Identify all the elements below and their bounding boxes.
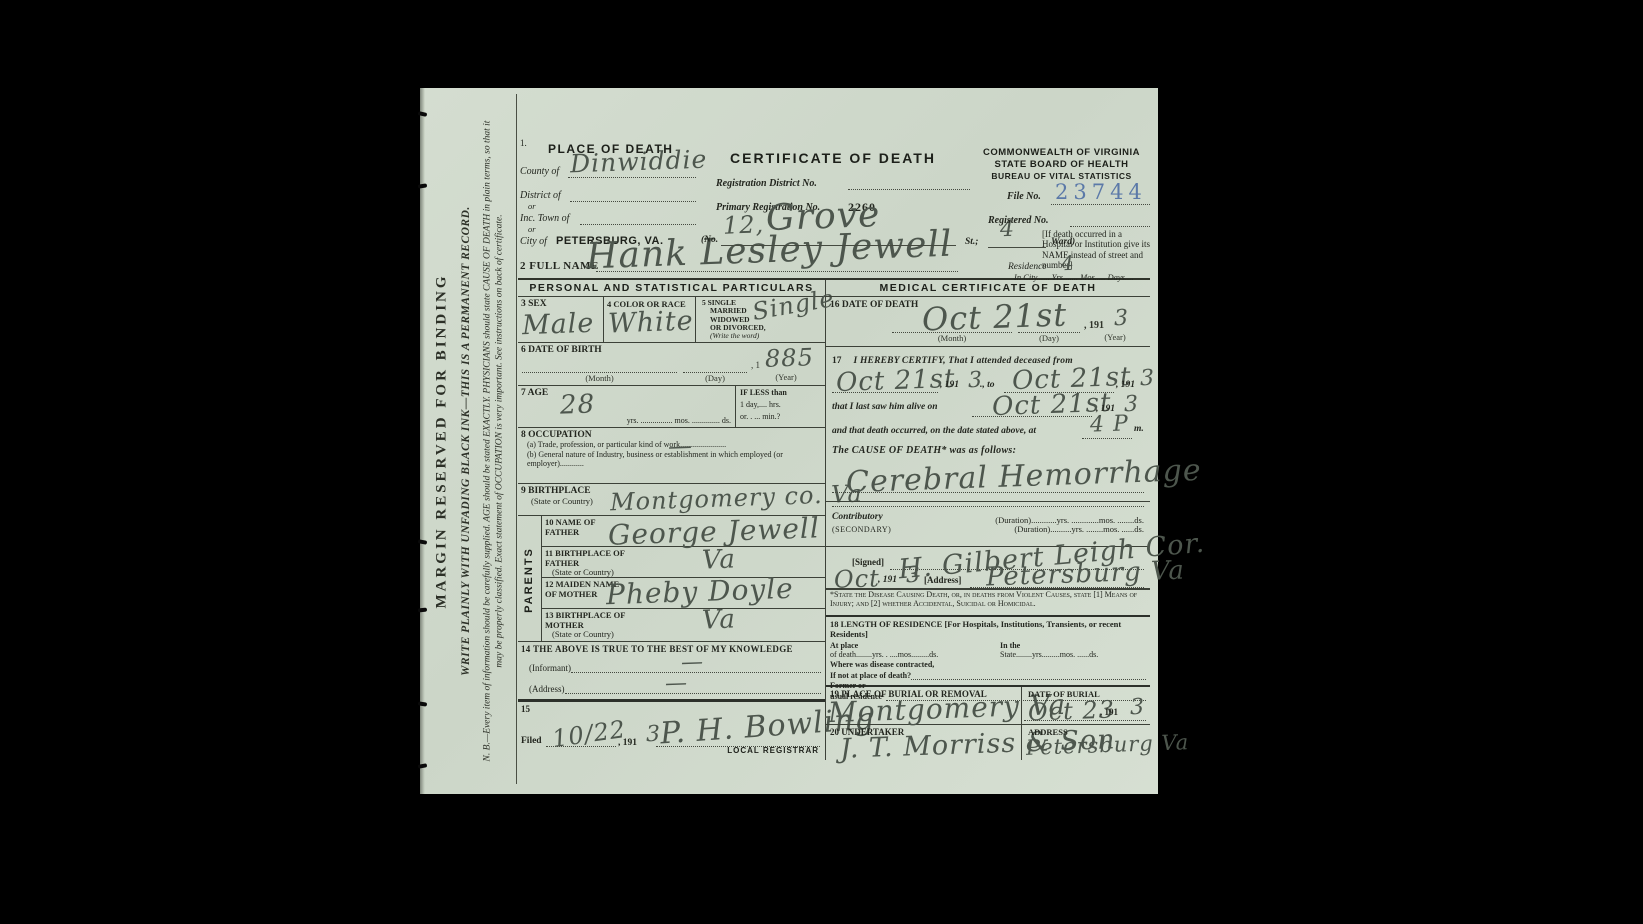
mother-birthplace-sub: (State or Country): [552, 629, 614, 639]
dod-line-group: (Month) (Day) , 191 3 (Year): [892, 320, 1146, 343]
m-label: m.: [1134, 424, 1144, 434]
birthplace-row: 9 BIRTHPLACE (State or Country) Montgome…: [518, 484, 825, 516]
sex-cell: 3 SEX Male: [518, 297, 604, 342]
stitch-mark: [418, 608, 427, 613]
death-occurred-statement: and that death occurred, on the date sta…: [832, 426, 1036, 436]
ward-line: [988, 233, 1046, 248]
occupation-row: 8 OCCUPATION (a) Trade, profession, or p…: [518, 428, 825, 484]
secondary-label: (SECONDARY): [832, 525, 891, 534]
mother-birthplace-label: 13 BIRTHPLACE OF MOTHER: [545, 611, 631, 631]
county-line: [568, 163, 696, 178]
residence-handwritten-value: 4: [1061, 253, 1075, 273]
age-cell: 7 AGE 28 yrs. ................ mos. ....…: [518, 386, 735, 427]
last-saw-rule: [972, 404, 1092, 417]
scanned-document-canvas: MARGIN RESERVED FOR BINDING WRITE PLAINL…: [0, 0, 1643, 924]
father-birthplace-handwritten: Va: [702, 546, 737, 573]
margin-divider-line: [516, 94, 517, 784]
contributory-line: Contributory: [832, 506, 1144, 524]
date-of-birth-row: 6 DATE OF BIRTH (Month) (Day) , 1 885 (Y…: [518, 343, 825, 386]
father-name-label: 10 NAME OF FATHER: [545, 518, 615, 538]
form-columns: PERSONAL AND STATISTICAL PARTICULARS 3 S…: [518, 280, 1150, 760]
parents-vertical-cell: PARENTS: [518, 516, 542, 641]
last-saw-statement: that I last saw him alive on: [832, 402, 938, 412]
age-handwritten-value: 28: [560, 391, 596, 418]
from-rule: [832, 380, 938, 393]
to-year-printed: , 191: [1116, 380, 1135, 390]
dob-month-paren: (Month): [585, 373, 613, 383]
state-board-heading: STATE BOARD OF HEALTH: [973, 159, 1150, 170]
signed-month-handwritten: Oct: [834, 566, 881, 592]
marital-label-line5: (Write the word): [702, 332, 825, 340]
to-year-handwritten: 3: [1140, 368, 1156, 391]
age-row: 7 AGE 28 yrs. ................ mos. ....…: [518, 386, 825, 428]
full-name-line: [596, 257, 958, 272]
mother-name-row: 12 MAIDEN NAME OF MOTHER Pheby Doyle: [542, 578, 825, 609]
dob-month-segment: (Month): [522, 360, 677, 383]
county-label: County of: [520, 166, 559, 177]
filed-date-rule: [546, 734, 616, 747]
at-place-label: At place: [830, 641, 1000, 650]
sex-color-marital-row: 3 SEX Male 4 COLOR OR RACE White 5 SINGL…: [518, 297, 825, 343]
if-less-cell: IF LESS than 1 day,.... hrs. or. . ... m…: [735, 386, 825, 427]
from-year-printed: , 191: [940, 380, 959, 390]
street-no-paren-label: (No.: [701, 235, 718, 245]
informant-address-line: (Address) —: [521, 681, 821, 694]
residence-duration-line: At place of death........yrs. . ....mos.…: [830, 641, 1146, 659]
certificate-paper: MARGIN RESERVED FOR BINDING WRITE PLAINL…: [420, 88, 1158, 794]
cause-of-death-statement: The CAUSE OF DEATH* was as follows:: [832, 445, 1016, 456]
cause-label-line: The CAUSE OF DEATH* was as follows:: [832, 440, 1144, 458]
dod-label: 16 DATE OF DEATH: [830, 300, 918, 310]
signed-year-handwritten: 3: [906, 565, 922, 588]
residence-label: Residence: [1008, 262, 1047, 272]
commonwealth-heading: COMMONWEALTH OF VIRGINIA: [973, 147, 1150, 158]
age-units-line: yrs. ................ mos. .............…: [524, 416, 731, 425]
medical-section-title: MEDICAL CERTIFICATE OF DEATH: [826, 280, 1150, 297]
dod-month-segment: (Month): [892, 320, 1012, 343]
dob-year-handwritten: 885: [765, 345, 815, 371]
contracted-line1: Where was disease contracted,: [830, 660, 1146, 669]
margin-binding-label: MARGIN RESERVED FOR BINDING: [434, 273, 450, 608]
dod-month-paren: (Month): [938, 333, 966, 343]
signed-address-label: [Address]: [924, 575, 961, 585]
color-race-handwritten-value: White: [608, 308, 694, 338]
district-label: District of: [520, 190, 561, 201]
filed-label: Filed: [521, 736, 542, 746]
contracted-rule: [911, 669, 1146, 680]
secondary-line: (SECONDARY) (Duration)..........yrs. ...…: [832, 524, 1144, 534]
if-less-line2: 1 day,.... hrs.: [740, 400, 825, 409]
length-residence-label: 18 LENGTH OF RESIDENCE [For Hospitals, I…: [830, 619, 1146, 639]
hospital-note: [If death occurred in a Hospital or Inst…: [1042, 229, 1150, 270]
dob-year-paren: (Year): [775, 372, 796, 382]
duration-line-2: (Duration)..........yrs. ........mos. ..…: [1014, 524, 1144, 534]
stitch-mark: [418, 763, 428, 769]
district-line: [570, 187, 696, 202]
informant-label: (Informant): [521, 663, 571, 673]
filed-row: 15 Filed 10/22 , 191 3 P. H. Bowling LOC…: [518, 702, 825, 757]
sex-handwritten-value: Male: [522, 310, 595, 340]
form-header: 1. PLACE OF DEATH County of Dinwiddie Di…: [518, 135, 1150, 280]
cause-value-line: Cerebral Hemorrhage: [832, 458, 1144, 494]
margin-binding-text: MARGIN RESERVED FOR BINDING: [434, 141, 451, 741]
margin-write-plainly-text: WRITE PLAINLY WITH UNFADING BLACK INK—TH…: [460, 117, 472, 765]
torn-binding-edge: [420, 88, 425, 794]
in-the-label: In the: [1000, 641, 1146, 650]
contracted-line2-group: If not at place of death?: [830, 669, 1146, 680]
dod-year-segment: , 191 3 (Year): [1084, 320, 1146, 343]
sex-label: 3 SEX: [521, 299, 547, 309]
undertaker-address-cell: ADDRESS Petersburg Va: [1022, 725, 1150, 760]
in-state-group: In the State........yrs.........mos. ...…: [1000, 641, 1146, 659]
registration-district-line: [848, 175, 970, 190]
personal-section: PERSONAL AND STATISTICAL PARTICULARS 3 S…: [518, 280, 826, 760]
undertaker-cell: 20 UNDERTAKER J. T. Morriss & Son: [826, 725, 1022, 760]
burial-row: 19 PLACE OF BURIAL OR REMOVAL Montgomery…: [826, 687, 1150, 725]
burial-date-cell: DATE OF BURIAL Oct 23 , 191 3: [1022, 687, 1150, 724]
dob-year-segment: , 1 885 (Year): [751, 360, 821, 383]
length-of-residence-block: 18 LENGTH OF RESIDENCE [For Hospitals, I…: [826, 617, 1150, 687]
or-label-2: or: [528, 224, 536, 234]
margin-nb-note-label: N. B.—Every item of information should b…: [483, 121, 505, 762]
dod-year-handwritten: 3: [1114, 308, 1130, 331]
certificate-form: 1. PLACE OF DEATH County of Dinwiddie Di…: [518, 135, 1150, 758]
to-label: ., to: [980, 380, 995, 390]
stitch-mark: [418, 183, 427, 188]
local-registrar-label: LOCAL REGISTRAR: [727, 746, 819, 755]
dob-line-group: (Month) (Day) , 1 885 (Year): [522, 360, 821, 383]
registration-district-label: Registration District No.: [716, 178, 817, 189]
medical-section: MEDICAL CERTIFICATE OF DEATH 16 DATE OF …: [826, 280, 1150, 760]
informant-address-rule: —: [565, 681, 822, 694]
cause-rule-1: [832, 482, 1144, 493]
violent-causes-footnote: *State the Disease Causing Death, or, in…: [826, 589, 1150, 617]
undertaker-address-handwritten: Petersburg Va: [1026, 732, 1190, 759]
if-less-line3: or. . ... min.?: [740, 412, 825, 421]
informant-block: 14 THE ABOVE IS TRUE TO THE BEST OF MY K…: [518, 642, 825, 699]
margin-nb-note-text: N. B.—Every item of information should b…: [482, 114, 507, 769]
informant-address-handwritten: —: [664, 673, 688, 696]
informant-rule: —: [571, 660, 821, 673]
parents-vertical-label: PARENTS: [523, 545, 535, 615]
knowledge-statement: 14 THE ABOVE IS TRUE TO THE BEST OF MY K…: [521, 644, 821, 654]
undertaker-row: 20 UNDERTAKER J. T. Morriss & Son ADDRES…: [826, 725, 1150, 760]
mother-name-handwritten: Pheby Doyle: [606, 575, 795, 610]
inc-town-line: [580, 210, 696, 225]
father-birthplace-sub: (State or Country): [552, 567, 614, 577]
of-death-line: of death........yrs. . ....mos.........d…: [830, 650, 1000, 659]
certify-block: 17 I HEREBY CERTIFY, That I attended dec…: [826, 347, 1150, 502]
dob-label: 6 DATE OF BIRTH: [521, 345, 602, 355]
father-name-row: 10 NAME OF FATHER George Jewell: [542, 516, 825, 547]
signed-block: [Signed] H. Gilbert Leigh Cor. Oct , 191…: [826, 547, 1150, 589]
marital-status-cell: 5 SINGLE MARRIED WIDOWED OR DIVORCED, (W…: [696, 297, 825, 342]
informant-address-label: (Address): [521, 684, 565, 694]
age-label: 7 AGE: [521, 388, 548, 398]
margin-write-plainly-label: WRITE PLAINLY WITH UNFADING BLACK INK—TH…: [460, 206, 472, 676]
father-birthplace-label: 11 BIRTHPLACE OF FATHER: [545, 549, 631, 569]
item-17-number: 17: [832, 356, 842, 366]
street-line: [721, 231, 956, 246]
contributory-label: Contributory: [832, 512, 883, 522]
occupation-handwritten-value: —: [668, 434, 694, 459]
death-time-rule: [1082, 426, 1132, 439]
st-label: St.;: [965, 237, 978, 247]
mother-birthplace-handwritten: Va: [702, 606, 737, 633]
mother-birthplace-row: 13 BIRTHPLACE OF MOTHER (State or Countr…: [542, 609, 825, 640]
dob-day-paren: (Day): [705, 373, 725, 383]
filed-year-printed: , 191: [618, 738, 637, 748]
signed-address-rule: [970, 577, 1144, 588]
city-label: City of: [520, 236, 547, 247]
registered-no-line: [1070, 212, 1150, 227]
registered-no-label: Registered No.: [988, 215, 1049, 226]
dod-day-segment: (Day): [1018, 320, 1080, 343]
contracted-line2: If not at place of death?: [830, 671, 911, 680]
burial-date-rule: [1024, 712, 1146, 721]
state-line: State........yrs.........mos. ......ds.: [1000, 650, 1146, 659]
burial-place-cell: 19 PLACE OF BURIAL OR REMOVAL Montgomery…: [826, 687, 1022, 724]
file-no-line: [1051, 190, 1150, 205]
certificate-title: CERTIFICATE OF DEATH: [693, 150, 973, 166]
if-less-line1: IF LESS than: [740, 388, 825, 397]
signed-year-printed: , 191: [878, 575, 897, 585]
dod-day-paren: (Day): [1039, 333, 1059, 343]
death-occurred-line: and that death occurred, on the date sta…: [832, 420, 1144, 440]
or-label-1: or: [528, 201, 536, 211]
dob-day-segment: (Day): [683, 360, 747, 383]
date-of-death-row: 16 DATE OF DEATH Oct 21st (Month) (Day) …: [826, 297, 1150, 347]
color-race-cell: 4 COLOR OR RACE White: [604, 297, 696, 342]
item-15-number: 15: [521, 704, 530, 714]
parents-block: PARENTS 10 NAME OF FATHER George Jewell …: [518, 516, 825, 642]
file-no-label: File No.: [1007, 191, 1041, 202]
inc-town-label: Inc. Town of: [520, 213, 569, 224]
parents-rows: 10 NAME OF FATHER George Jewell 11 BIRTH…: [542, 516, 825, 641]
dod-year-paren: (Year): [1104, 332, 1125, 342]
at-place-group: At place of death........yrs. . ....mos.…: [830, 641, 1000, 659]
item-1-number: 1.: [520, 138, 527, 148]
